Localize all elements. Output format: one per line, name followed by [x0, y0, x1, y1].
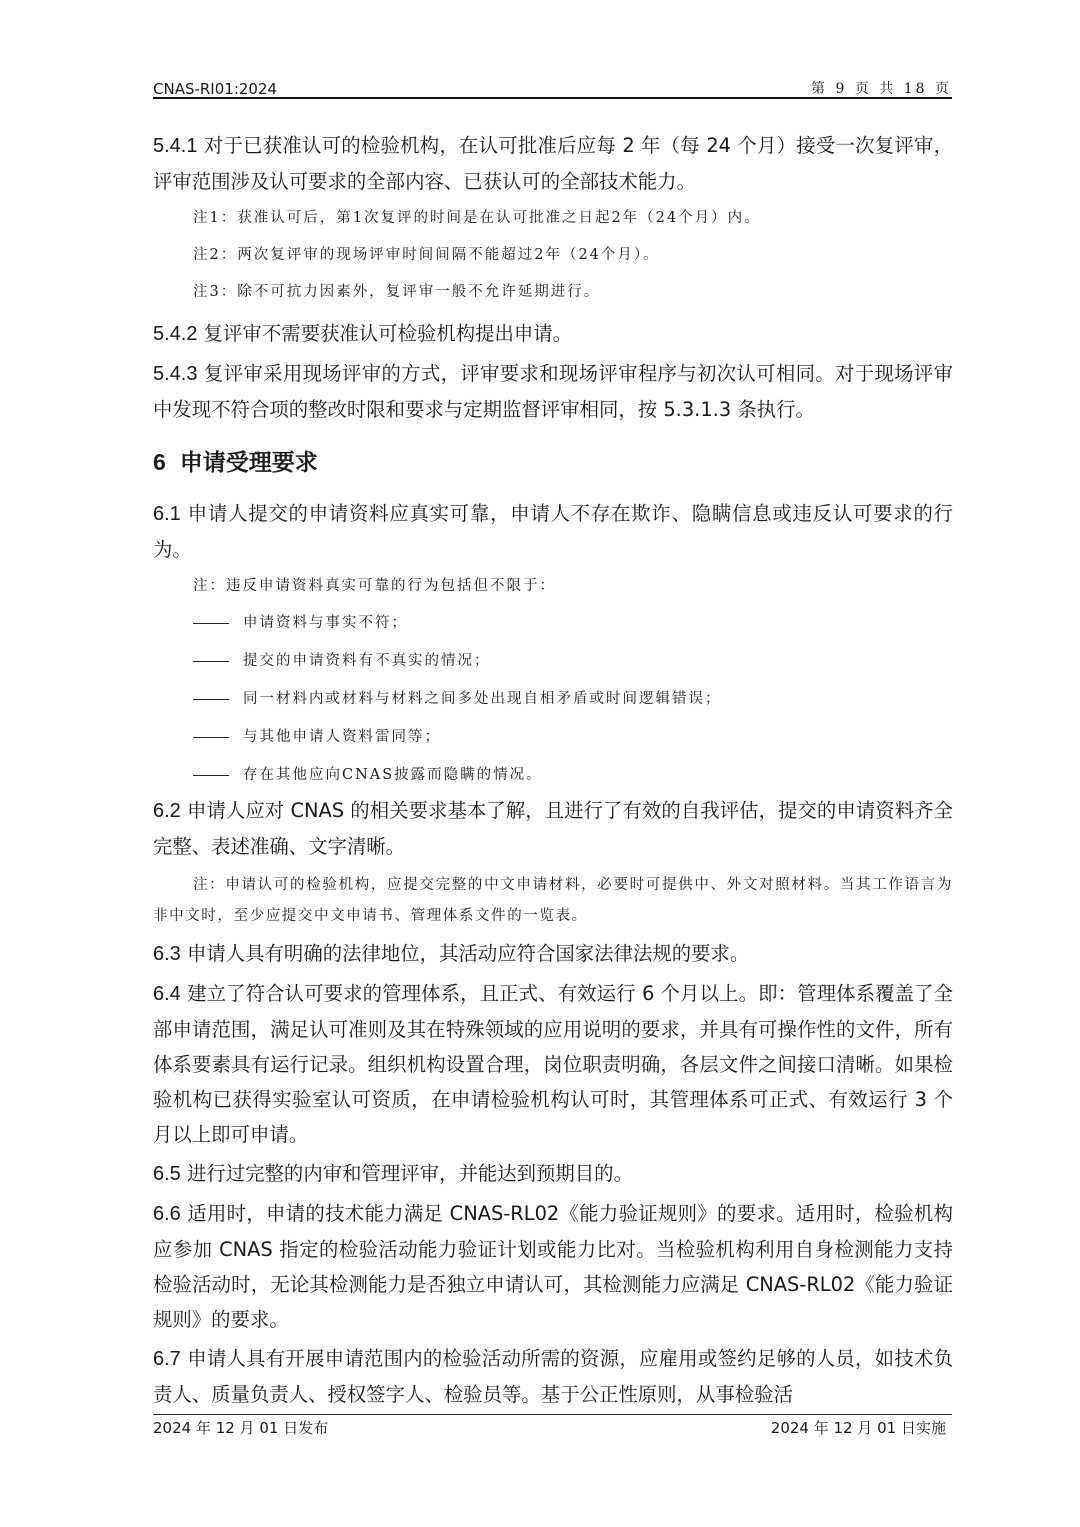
clause-text: 申请人具有开展申请范围内的检验活动所需的资源，应雇用或签约足够的人员，如技术负责… [153, 1347, 953, 1406]
clause-6-3: 6.3 申请人具有明确的法律地位，其活动应符合国家法律法规的要求。 [153, 936, 953, 972]
note: 注：违反申请资料真实可靠的行为包括但不限于： [193, 576, 953, 596]
clause-6-6: 6.6 适用时，申请的技术能力满足 CNAS-RL02《能力验证规则》的要求。适… [153, 1196, 953, 1337]
list-item: 存在其他应向CNAS披露而隐瞒的情况。 [193, 765, 953, 785]
clause-text: 对于已获准认可的检验机构，在认可批准后应每 2 年（每 24 个月）接受一次复评… [153, 134, 953, 193]
clause-5-4-3: 5.4.3 复评审采用现场评审的方式，评审要求和现场评审程序与初次认可相同。对于… [153, 356, 953, 427]
clause-number: 6.6 [153, 1203, 181, 1225]
em-dash-bullet [193, 737, 229, 738]
clause-text: 适用时，申请的技术能力满足 CNAS-RL02《能力验证规则》的要求。适用时，检… [153, 1202, 953, 1331]
clause-6-2: 6.2 申请人应对 CNAS 的相关要求基本了解，且进行了有效的自我评估，提交的… [153, 793, 953, 864]
note-1: 注1：获准认可后，第1次复评的时间是在认可批准之日起2年（24个月）内。 [193, 208, 953, 228]
page-footer: 2024 年 12 月 01 日发布 2024 年 12 月 01 日实施 [153, 1417, 946, 1438]
em-dash-bullet [193, 699, 229, 700]
note-2: 注2：两次复评审的现场评审时间间隔不能超过2年（24个月）。 [193, 245, 953, 265]
clause-number: 6.7 [153, 1348, 181, 1370]
clause-number: 6.4 [153, 983, 181, 1005]
page-indicator: 第 9 页 共 18 页 [811, 78, 952, 98]
list-item: 同一材料内或材料与材料之间多处出现自相矛盾或时间逻辑错误； [193, 689, 953, 709]
clause-5-4-2: 5.4.2 复评审不需要获准认可检验机构提出申请。 [153, 316, 953, 352]
clause-number: 5.4.2 [153, 323, 197, 345]
clause-text: 申请人应对 CNAS 的相关要求基本了解，且进行了有效的自我评估，提交的申请资料… [153, 799, 953, 858]
em-dash-bullet [193, 661, 229, 662]
chapter-heading: 6申请受理要求 [153, 445, 953, 480]
em-dash-bullet [193, 775, 229, 776]
chapter-title: 申请受理要求 [180, 450, 318, 476]
list-item: 与其他申请人资料雷同等； [193, 727, 953, 747]
clause-text: 申请人提交的申请资料应真实可靠，申请人不存在欺诈、隐瞒信息或违反认可要求的行为。 [153, 502, 953, 561]
clause-number: 6.3 [153, 943, 181, 965]
effective-date: 2024 年 12 月 01 日实施 [771, 1417, 946, 1438]
chapter-number: 6 [153, 449, 166, 475]
document-id: CNAS-RI01:2024 [153, 80, 277, 98]
clause-6-1: 6.1 申请人提交的申请资料应真实可靠，申请人不存在欺诈、隐瞒信息或违反认可要求… [153, 496, 953, 567]
document-body: 5.4.1 对于已获准认可的检验机构，在认可批准后应每 2 年（每 24 个月）… [153, 128, 953, 1416]
clause-number: 6.1 [153, 503, 181, 525]
clause-text: 复评审不需要获准认可检验机构提出申请。 [204, 322, 572, 345]
clause-6-7: 6.7 申请人具有开展申请范围内的检验活动所需的资源，应雇用或签约足够的人员，如… [153, 1341, 953, 1412]
header-rule [153, 97, 952, 99]
list-item: 提交的申请资料有不真实的情况； [193, 651, 953, 671]
clause-5-4-1: 5.4.1 对于已获准认可的检验机构，在认可批准后应每 2 年（每 24 个月）… [153, 128, 953, 199]
list-item: 申请资料与事实不符； [193, 613, 953, 633]
page-header: CNAS-RI01:2024 第 9 页 共 18 页 [153, 76, 952, 98]
clause-number: 5.4.3 [153, 363, 197, 385]
clause-number: 5.4.1 [153, 135, 197, 157]
em-dash-bullet [193, 623, 229, 624]
clause-text: 申请人具有明确的法律地位，其活动应符合国家法律法规的要求。 [181, 942, 750, 965]
footer-rule [153, 1414, 952, 1415]
issue-date: 2024 年 12 月 01 日发布 [153, 1417, 328, 1438]
clause-number: 6.5 [153, 1163, 181, 1185]
note: 注：申请认可的检验机构，应提交完整的中文申请材料，必要时可提供中、外文对照材料。… [153, 870, 953, 932]
clause-6-5: 6.5 进行过完整的内审和管理评审，并能达到预期目的。 [153, 1156, 953, 1192]
clause-6-4: 6.4 建立了符合认可要求的管理体系，且正式、有效运行 6 个月以上。即：管理体… [153, 976, 953, 1152]
document-page: CNAS-RI01:2024 第 9 页 共 18 页 5.4.1 对于已获准认… [0, 0, 1080, 1527]
clause-text: 进行过完整的内审和管理评审，并能达到预期目的。 [181, 1162, 633, 1185]
clause-text: 复评审采用现场评审的方式，评审要求和现场评审程序与初次认可相同。对于现场评审中发… [153, 362, 953, 421]
clause-text: 建立了符合认可要求的管理体系，且正式、有效运行 6 个月以上。即：管理体系覆盖了… [153, 982, 953, 1146]
clause-number: 6.2 [153, 800, 181, 822]
note-3: 注3：除不可抗力因素外，复评审一般不允许延期进行。 [193, 282, 953, 302]
